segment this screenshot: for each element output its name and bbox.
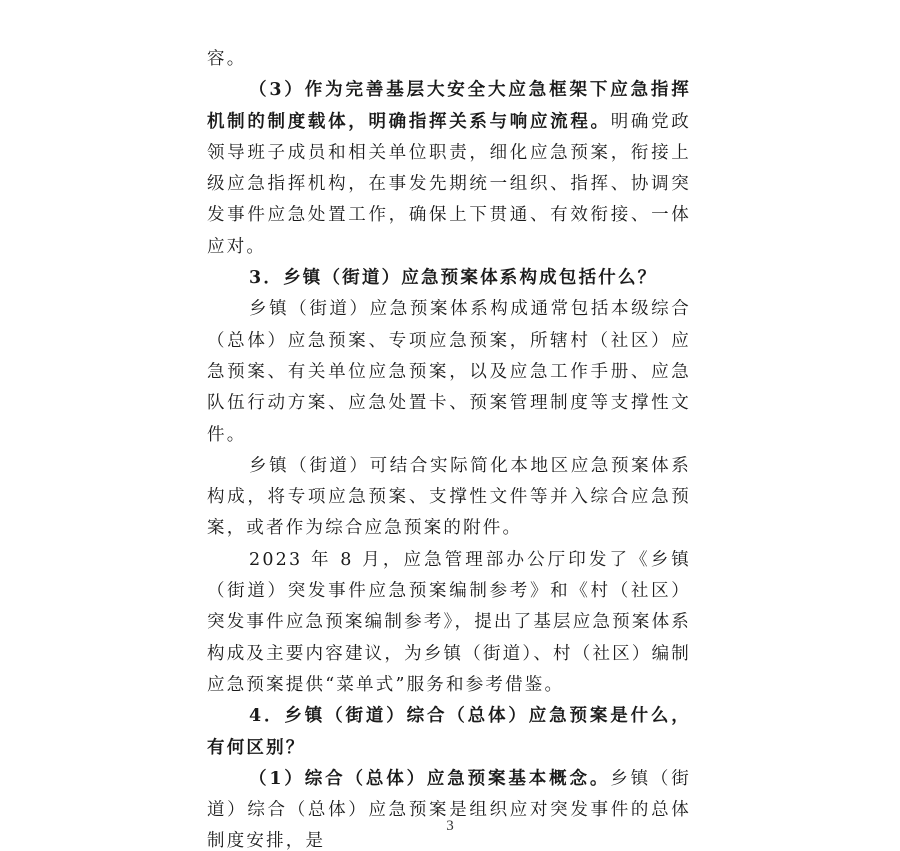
- paragraph-continuation: 容。: [207, 44, 691, 75]
- heading-text: 3．乡镇（街道）应急预案体系构成包括什么？: [249, 268, 657, 288]
- paragraph-point-1: （1）综合（总体）应急预案基本概念。乡镇（街道）综合（总体）应急预案是组织应对突…: [207, 764, 691, 851]
- section-heading-3: 3．乡镇（街道）应急预案体系构成包括什么？: [207, 263, 691, 294]
- paragraph-text: 2023 年 8 月，应急管理部办公厅印发了《乡镇（街道）突发事件应急预案编制参…: [207, 550, 691, 695]
- paragraph-point-3: （3）作为完善基层大安全大应急框架下应急指挥机制的制度载体，明确指挥关系与响应流…: [207, 75, 691, 263]
- paragraph-text: 乡镇（街道）可结合实际简化本地区应急预案体系构成，将专项应急预案、支撑性文件等并…: [207, 456, 691, 539]
- paragraph-simplification: 乡镇（街道）可结合实际简化本地区应急预案体系构成，将专项应急预案、支撑性文件等并…: [207, 451, 691, 545]
- paragraph-text: 乡镇（街道）应急预案体系构成通常包括本级综合（总体）应急预案、专项应急预案，所辖…: [207, 299, 691, 444]
- section-heading-4: 4．乡镇（街道）综合（总体）应急预案是什么，有何区别？: [207, 701, 691, 764]
- page-number: 3: [0, 818, 900, 835]
- paragraph-system-composition: 乡镇（街道）应急预案体系构成通常包括本级综合（总体）应急预案、专项应急预案，所辖…: [207, 294, 691, 450]
- paragraph-bold-lead: （1）综合（总体）应急预案基本概念。: [249, 769, 610, 789]
- paragraph-reference-2023: 2023 年 8 月，应急管理部办公厅印发了《乡镇（街道）突发事件应急预案编制参…: [207, 545, 691, 701]
- paragraph-text: 容。: [207, 49, 246, 69]
- heading-text: 4．乡镇（街道）综合（总体）应急预案是什么，有何区别？: [207, 706, 691, 757]
- paragraph-text: 明确党政领导班子成员和相关单位职责，细化应急预案，衔接上级应急指挥机构，在事发先…: [207, 112, 691, 257]
- document-page: 容。 （3）作为完善基层大安全大应急框架下应急指挥机制的制度载体，明确指挥关系与…: [207, 44, 691, 851]
